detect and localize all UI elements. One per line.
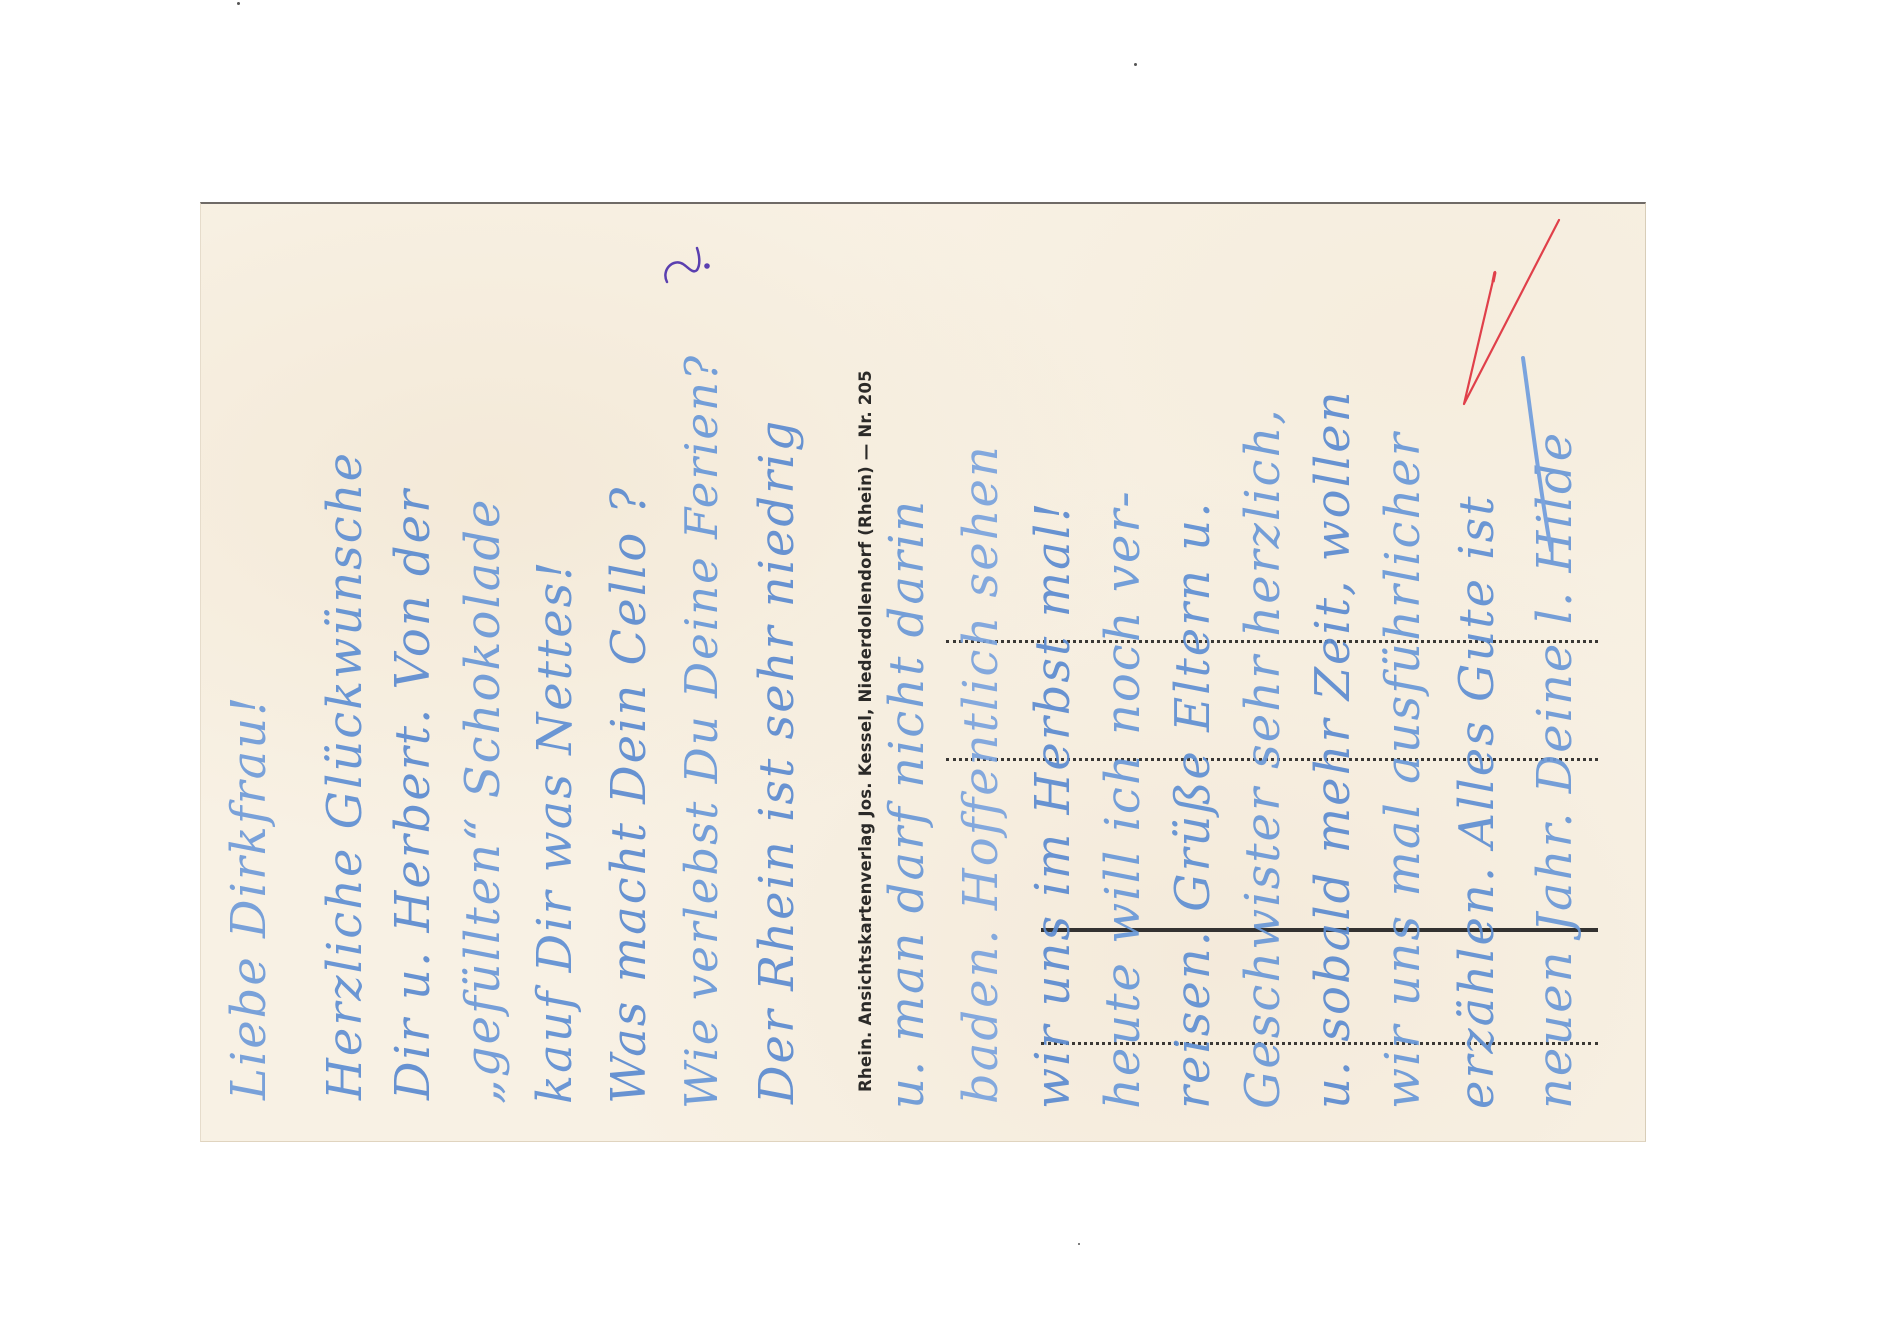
handwritten-line-14: Geschwister sehr herzlich, <box>1239 407 1287 1109</box>
handwritten-line-2: Herzliche Glückwünsche <box>321 451 369 1100</box>
signature-dash-stroke <box>1517 354 1557 554</box>
handwritten-line-17: erzählen. Alles Gute ist <box>1453 494 1501 1109</box>
postcard-back: Rhein. Ansichtskartenverlag Jos. Kessel,… <box>200 202 1646 1142</box>
handwritten-line-15: u. sobald mehr Zeit, wollen <box>1309 389 1357 1109</box>
scan-dust-dot <box>1134 63 1137 66</box>
handwritten-line-5: kauf Dir was Nettes! <box>531 559 579 1104</box>
handwritten-line-12: heute will ich noch ver- <box>1099 489 1147 1109</box>
handwritten-line-1: Liebe Dirkfrau! <box>225 695 273 1100</box>
handwritten-line-16: wir uns mal ausführlicher <box>1379 431 1427 1109</box>
handwritten-line-11: wir uns im Herbst mal! <box>1029 501 1077 1109</box>
handwritten-line-8: Der Rhein ist sehr niedrig <box>753 419 801 1104</box>
publisher-imprint: Rhein. Ansichtskartenverlag Jos. Kessel,… <box>856 370 875 1092</box>
handwritten-line-6: Was macht Dein Cello ? <box>605 486 653 1104</box>
handwritten-line-9: u. man darf nicht darin <box>883 499 931 1109</box>
scan-dust-dot <box>237 2 240 5</box>
handwritten-line-7: Wie verlebst Du Deine Ferien? <box>679 354 724 1109</box>
scan-dust-dot <box>1078 1243 1080 1245</box>
handwritten-line-4: „gefüllten“ Schokolade <box>459 498 507 1104</box>
handwritten-line-3: Dir u. Herbert. Von der <box>389 488 437 1100</box>
handwritten-line-10: baden. Hoffentlich sehen <box>957 444 1005 1104</box>
handwritten-line-13: reisen. Grüße Eltern u. <box>1169 501 1217 1109</box>
purple-question-mark-annotation <box>659 246 719 306</box>
